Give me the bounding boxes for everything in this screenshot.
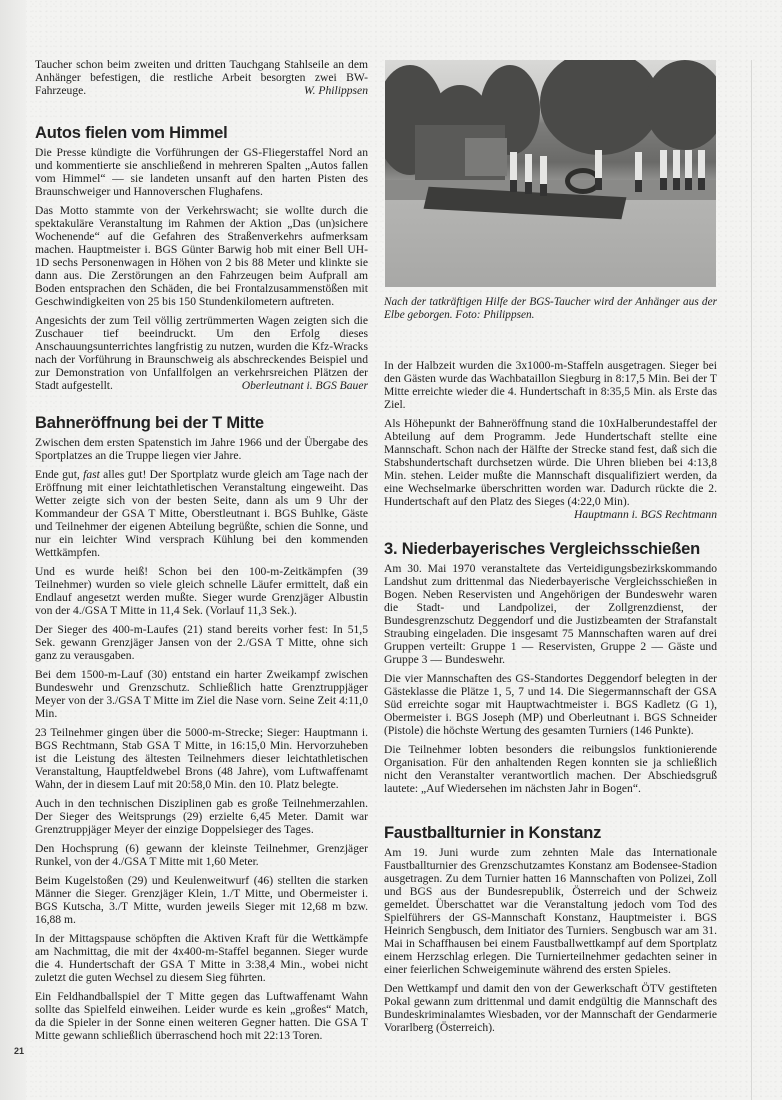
- paragraph: Und es wurde heiß! Schon bei den 100-m-Z…: [35, 565, 368, 617]
- truck-cab-shape: [465, 138, 507, 176]
- paragraph: Am 19. Juni wurde zum zehnten Male das I…: [384, 846, 717, 976]
- paragraph: Den Hochsprung (6) gewann der kleinste T…: [35, 842, 368, 868]
- page-edge-rule: [751, 60, 752, 1100]
- person-shape: [510, 152, 517, 192]
- heading-bahneroeffnung: Bahneröffnung bei der T Mitte: [35, 413, 368, 433]
- paragraph: Das Motto stammte von der Verkehrswacht;…: [35, 204, 368, 308]
- author-signature: Oberleutnant i. BGS Bauer: [242, 379, 368, 392]
- left-column: Taucher schon beim zweiten und dritten T…: [35, 58, 368, 1048]
- paragraph: Beim Kugelstoßen (29) und Keulenweitwurf…: [35, 874, 368, 926]
- paragraph: Zwischen dem ersten Spatenstich im Jahre…: [35, 436, 368, 462]
- right-column: Nach der tatkräftigen Hilfe der BGS-Tauc…: [384, 60, 717, 1040]
- person-shape: [673, 150, 680, 190]
- binding-margin: [0, 0, 26, 1100]
- person-shape: [595, 150, 602, 190]
- paragraph: Bei dem 1500-m-Lauf (30) entstand ein ha…: [35, 668, 368, 720]
- tree-shape: [540, 60, 660, 155]
- intro-author: W. Philippsen: [304, 84, 368, 97]
- paragraph: Die Teilnehmer lobten besonders die reib…: [384, 743, 717, 795]
- paragraph: Den Wettkampf und damit den von der Gewe…: [384, 982, 717, 1034]
- photo-caption: Nach der tatkräftigen Hilfe der BGS-Tauc…: [384, 296, 717, 321]
- paragraph: Die vier Mannschaften des GS-Standortes …: [384, 672, 717, 737]
- person-shape: [525, 154, 532, 194]
- text: Ende gut,: [35, 468, 83, 481]
- person-shape: [540, 156, 547, 196]
- paragraph: Als Höhepunkt der Bahneröffnung stand di…: [384, 417, 717, 508]
- author-signature: Hauptmann i. BGS Rechtmann: [384, 508, 717, 521]
- paragraph: Die Presse kündigte die Vorführungen der…: [35, 146, 368, 198]
- paragraph: Ein Feldhandballspiel der T Mitte gegen …: [35, 990, 368, 1042]
- paragraph: Ende gut, fast alles gut! Der Sportplatz…: [35, 468, 368, 559]
- paragraph: Auch in den technischen Disziplinen gab …: [35, 797, 368, 836]
- intro-paragraph: Taucher schon beim zweiten und dritten T…: [35, 58, 368, 97]
- tree-shape: [645, 60, 716, 150]
- paragraph: Am 30. Mai 1970 veranstaltete das Vertei…: [384, 562, 717, 666]
- text: alles gut! Der Sportplatz wurde gleich a…: [35, 468, 368, 559]
- page-number: 21: [14, 1046, 24, 1056]
- paragraph: In der Halbzeit wurden die 3x1000-m-Staf…: [384, 359, 717, 411]
- photo-trailer-recovery: [385, 60, 716, 287]
- paragraph: 23 Teilnehmer gingen über die 5000-m-Str…: [35, 726, 368, 791]
- heading-faustballturnier: Faustballturnier in Konstanz: [384, 823, 717, 843]
- person-shape: [698, 150, 705, 190]
- person-shape: [685, 150, 692, 190]
- paragraph: Der Sieger des 400-m-Laufes (21) stand b…: [35, 623, 368, 662]
- person-shape: [660, 150, 667, 190]
- emphasis: fast: [83, 468, 100, 481]
- paragraph: In der Mittagspause schöpften die Aktive…: [35, 932, 368, 984]
- paragraph: Angesichts der zum Teil völlig zertrümme…: [35, 314, 368, 392]
- heading-vergleichsschiessen: 3. Niederbayerisches Vergleichsschießen: [384, 539, 717, 559]
- heading-autos-fielen-vom-himmel: Autos fielen vom Himmel: [35, 123, 368, 143]
- person-shape: [635, 152, 642, 192]
